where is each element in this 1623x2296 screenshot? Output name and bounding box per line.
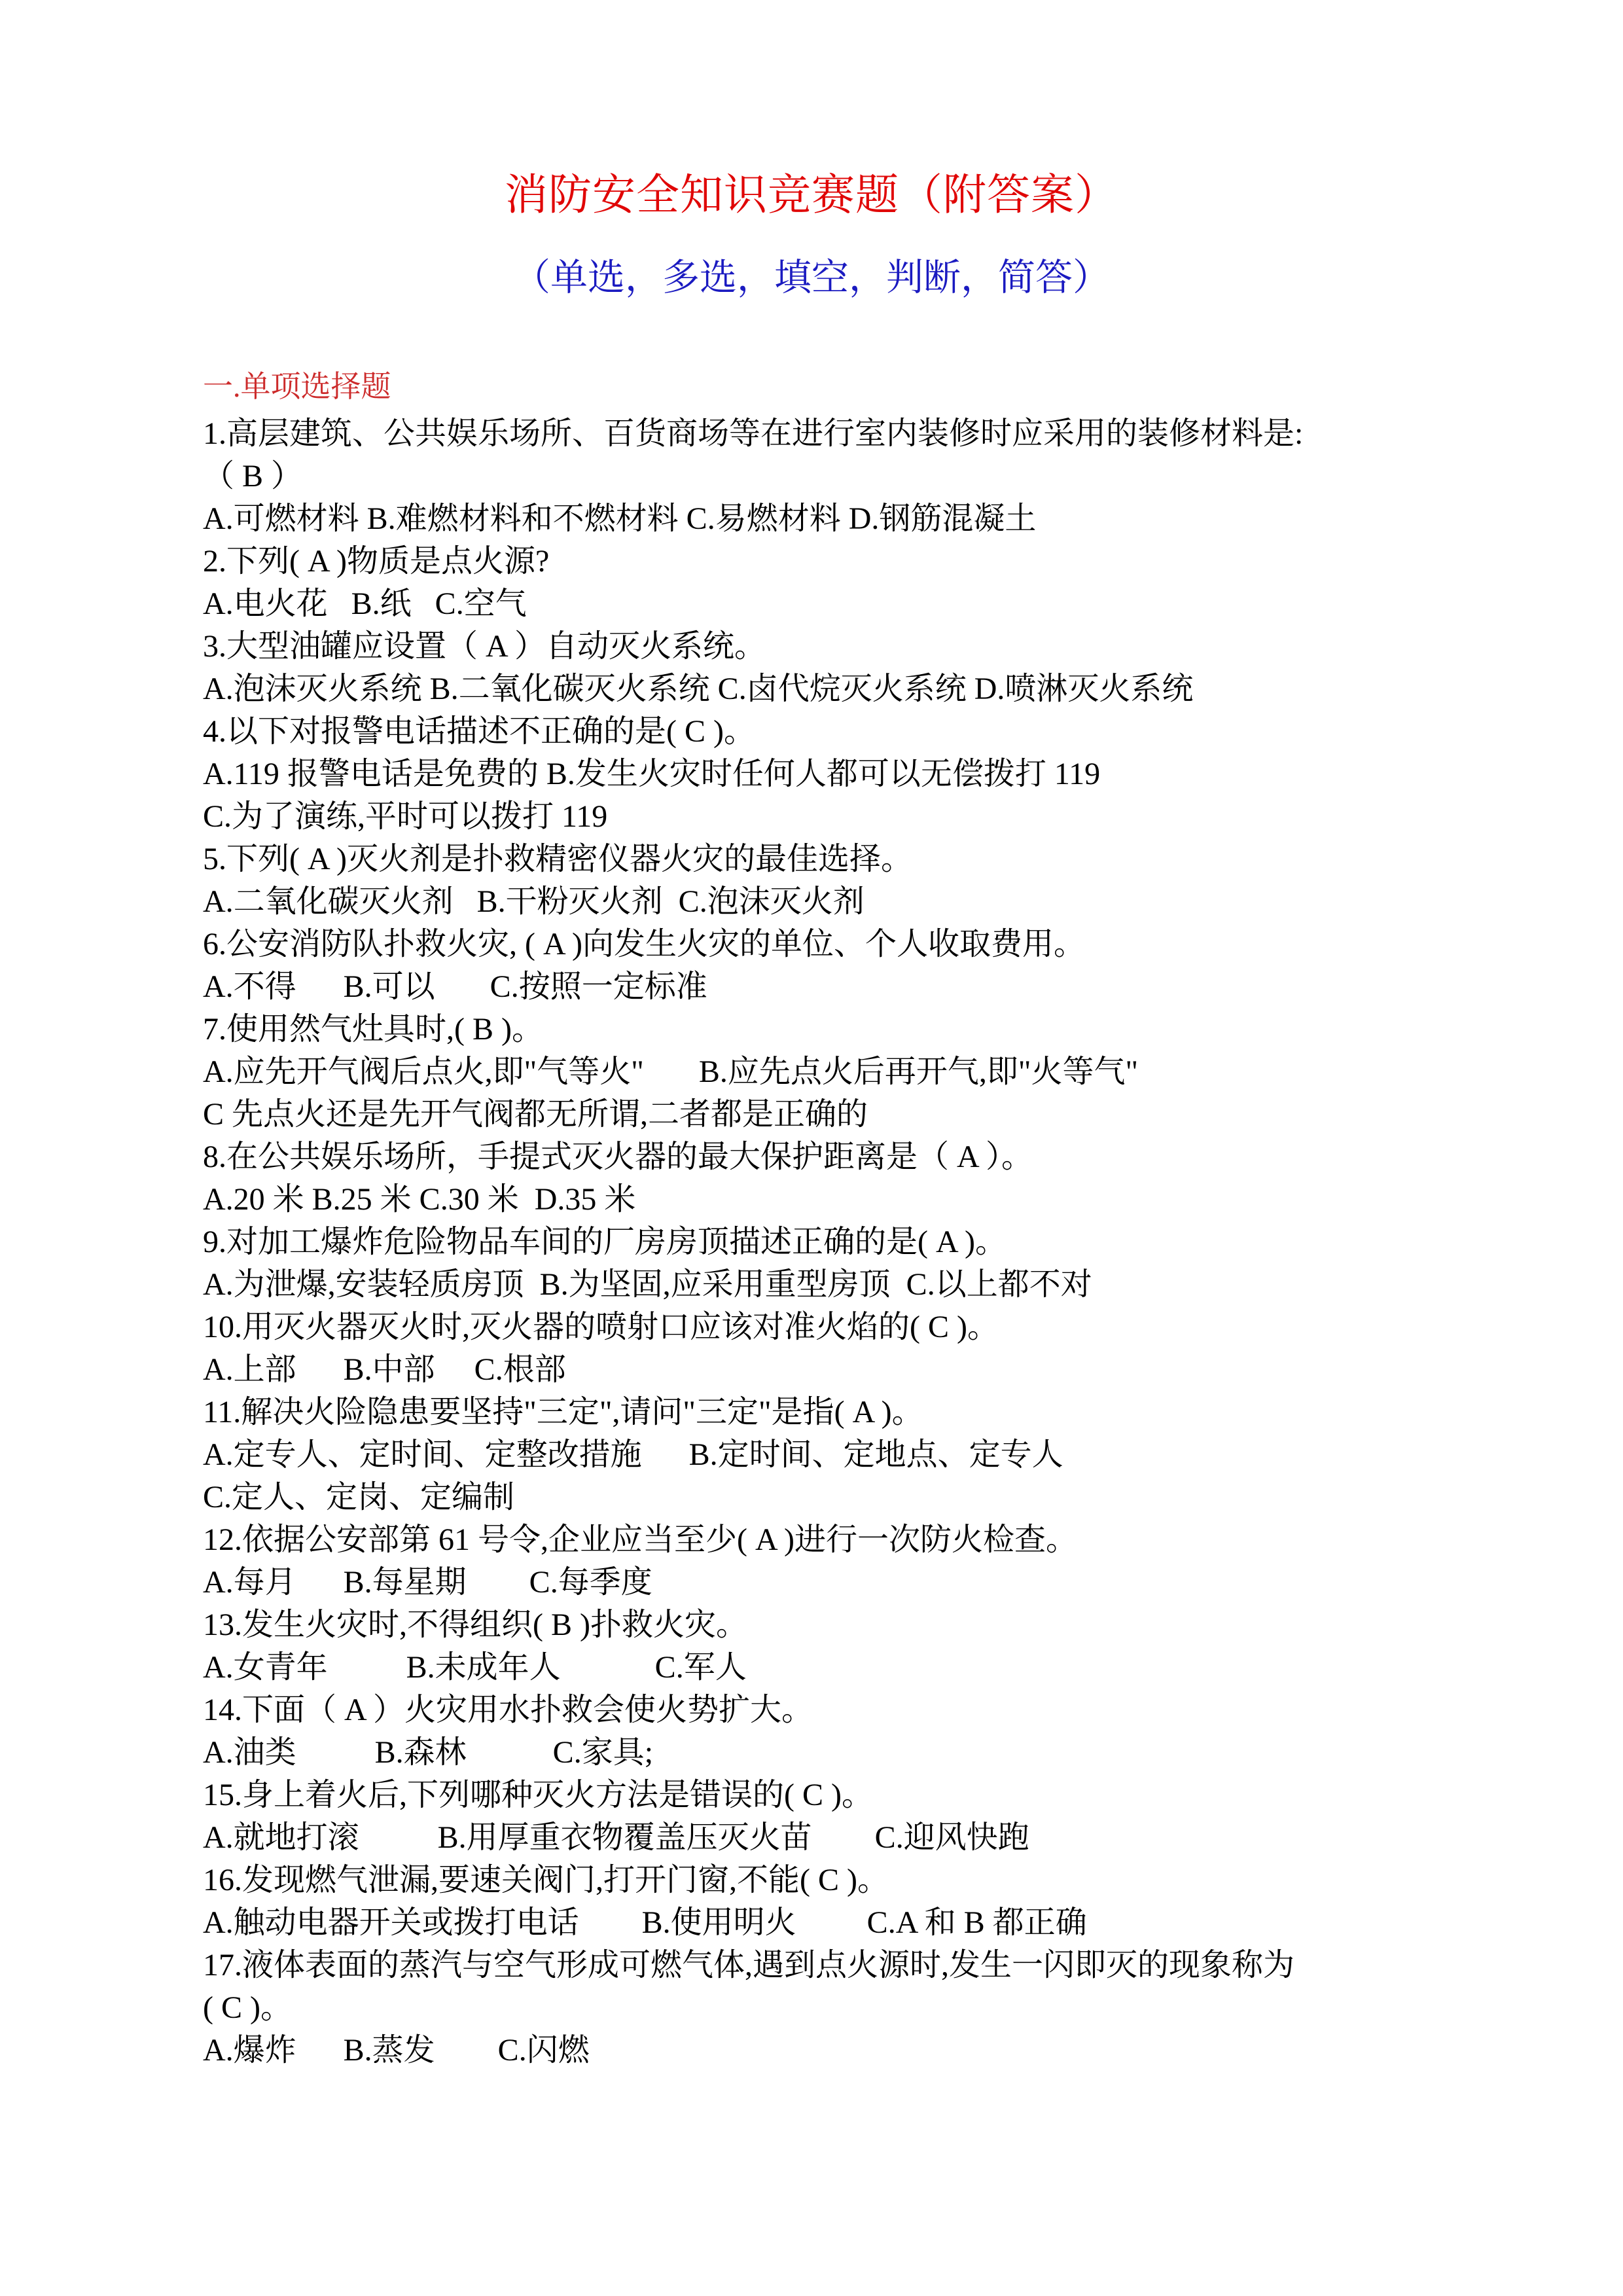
section-heading: 一.单项选择题 [203,367,391,406]
document-page: 消防安全知识竞赛题（附答案） （单选，多选，填空，判断，简答） 一.单项选择题 … [0,0,1623,2296]
question-line: 2.下列( A )物质是点火源? [203,540,1428,583]
question-list: 1.高层建筑、公共娱乐场所、百货商场等在进行室内装修时应采用的装修材料是:（ B… [203,412,1428,2072]
question-line: 3.大型油罐应设置（ A ）自动灭火系统。 [203,625,1428,668]
question-line: A.油类 B.森林 C.家具; [203,1731,1428,1774]
question-line: 7.使用然气灶具时,( B )。 [203,1008,1428,1050]
question-line: A.应先开气阀后点火,即"气等火" B.应先点火后再开气,即"火等气" [203,1050,1428,1093]
question-line: 4.以下对报警电话描述不正确的是( C )。 [203,710,1428,753]
question-line: A.女青年 B.未成年人 C.军人 [203,1646,1428,1689]
question-line: C 先点火还是先开气阀都无所谓,二者都是正确的 [203,1093,1428,1136]
question-line: 9.对加工爆炸危险物品车间的厂房房顶描述正确的是( A )。 [203,1221,1428,1263]
question-line: 14.下面（ A ）火灾用水扑救会使火势扩大。 [203,1689,1428,1731]
question-line: 13.发生火灾时,不得组织( B )扑救火灾。 [203,1604,1428,1646]
question-line: A.每月 B.每星期 C.每季度 [203,1561,1428,1604]
question-line: ( C )。 [203,1986,1428,2029]
question-line: A.上部 B.中部 C.根部 [203,1348,1428,1391]
question-line: 5.下列( A )灭火剂是扑救精密仪器火灾的最佳选择。 [203,838,1428,880]
question-line: A.就地打滚 B.用厚重衣物覆盖压灭火苗 C.迎风快跑 [203,1816,1428,1859]
question-line: A.触动电器开关或拨打电话 B.使用明火 C.A 和 B 都正确 [203,1901,1428,1944]
question-line: 15.身上着火后,下列哪种灭火方法是错误的( C )。 [203,1774,1428,1816]
question-line: 6.公安消防队扑救火灾, ( A )向发生火灾的单位、个人收取费用。 [203,923,1428,965]
question-line: A.定专人、定时间、定整改措施 B.定时间、定地点、定专人 [203,1433,1428,1476]
question-line: 17.液体表面的蒸汽与空气形成可燃气体,遇到点火源时,发生一闪即灭的现象称为 [203,1944,1428,1986]
question-line: C.定人、定岗、定编制 [203,1476,1428,1518]
question-line: A.电火花 B.纸 C.空气 [203,583,1428,625]
question-line: 16.发现燃气泄漏,要速关阀门,打开门窗,不能( C )。 [203,1859,1428,1901]
document-subtitle: （单选，多选，填空，判断，简答） [0,254,1623,302]
question-line: C.为了演练,平时可以拨打 119 [203,795,1428,838]
question-line: A.20 米 B.25 米 C.30 米 D.35 米 [203,1178,1428,1221]
question-line: A.119 报警电话是免费的 B.发生火灾时任何人都可以无偿拨打 119 [203,753,1428,795]
question-line: A.泡沫灭火系统 B.二氧化碳灭火系统 C.卤代烷灭火系统 D.喷淋灭火系统 [203,668,1428,710]
question-line: 11.解决火险隐患要坚持"三定",请问"三定"是指( A )。 [203,1391,1428,1433]
question-line: （ B ） [203,455,1428,497]
question-line: A.二氧化碳灭火剂 B.干粉灭火剂 C.泡沫灭火剂 [203,880,1428,923]
question-line: A.可燃材料 B.难燃材料和不燃材料 C.易燃材料 D.钢筋混凝土 [203,497,1428,540]
question-line: A.为泄爆,安装轻质房顶 B.为坚固,应采用重型房顶 C.以上都不对 [203,1263,1428,1306]
question-line: 1.高层建筑、公共娱乐场所、百货商场等在进行室内装修时应采用的装修材料是: [203,412,1428,455]
question-line: 10.用灭火器灭火时,灭火器的喷射口应该对准火焰的( C )。 [203,1306,1428,1348]
question-line: A.爆炸 B.蒸发 C.闪燃 [203,2029,1428,2072]
question-line: 12.依据公安部第 61 号令,企业应当至少( A )进行一次防火检查。 [203,1518,1428,1561]
question-line: A.不得 B.可以 C.按照一定标准 [203,965,1428,1008]
question-line: 8.在公共娱乐场所，手提式灭火器的最大保护距离是（ A ）。 [203,1136,1428,1178]
document-title: 消防安全知识竞赛题（附答案） [0,168,1623,224]
